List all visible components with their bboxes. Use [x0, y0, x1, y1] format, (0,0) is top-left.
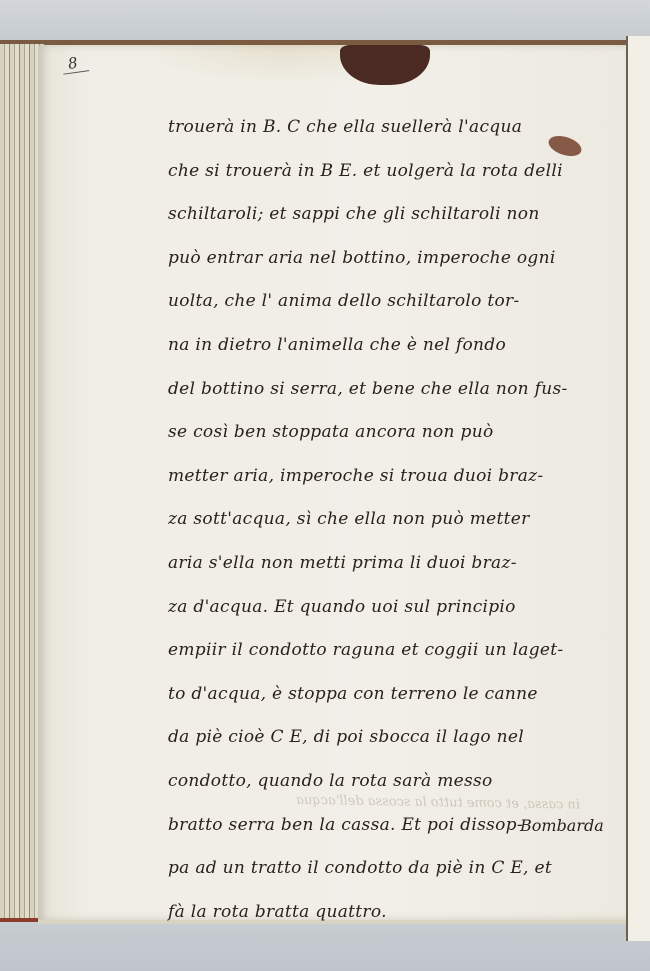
text-line: da piè cioè C E, di poi sbocca il lago n… — [168, 722, 588, 766]
text-line: na in dietro l'animella che è nel fondo — [168, 330, 588, 374]
text-line: aria s'ella non metti prima li duoi braz… — [168, 548, 588, 592]
text-line: uolta, che l' anima dello schiltarolo to… — [168, 286, 588, 330]
text-line: del bottino si serra, et bene che ella n… — [168, 374, 588, 418]
text-line: pa ad un tratto il condotto da piè in C … — [168, 853, 588, 897]
text-line: za d'acqua. Et quando uoi sul principio — [168, 592, 588, 636]
text-line: za sott'acqua, sì che ella non può mette… — [168, 504, 588, 548]
catchword: Bombarda — [520, 816, 604, 835]
text-line: che si trouerà in B E. et uolgerà la rot… — [168, 156, 588, 200]
text-line: to d'acqua, è stoppa con terreno le cann… — [168, 679, 588, 723]
text-line: metter aria, imperoche si troua duoi bra… — [168, 461, 588, 505]
backdrop-top — [0, 0, 650, 42]
text-line: fà la rota bratta quattro. — [168, 897, 588, 941]
text-line: può entrar aria nel bottino, imperoche o… — [168, 243, 588, 287]
text-line: se così ben stoppata ancora non può — [168, 417, 588, 461]
text-line: empiir il condotto raguna et coggii un l… — [168, 635, 588, 679]
text-line: trouerà in B. C che ella suellerà l'acqu… — [168, 112, 588, 156]
text-line: schiltaroli; et sappi che gli schiltarol… — [168, 199, 588, 243]
page-number: 8 — [61, 52, 89, 74]
facing-page-edge — [626, 36, 650, 941]
